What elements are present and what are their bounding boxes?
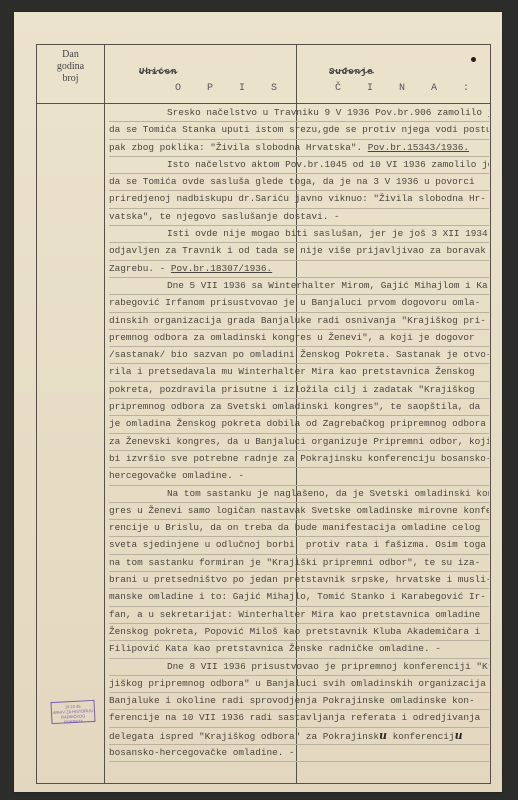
document-page: Dan godina broj Uhićen Suđenje O P I S Č… — [14, 12, 502, 792]
text-line: da se Tomića ovde saslušа glede toga, da… — [109, 174, 489, 191]
header-broj: broj — [37, 73, 104, 85]
text-line: rencije u Brislu, da on treba da bude ma… — [109, 520, 489, 537]
line-text: rabegović Irfanom prisustvovao je u Banj… — [109, 297, 480, 308]
line-text: Isti ovde nije mogao biti saslušan, jer … — [109, 228, 488, 239]
line-text: dinskih organizacija grada Banjaluke rad… — [109, 315, 486, 326]
line-text: jiškog pripremnog odbora" u Banjaluci sv… — [109, 678, 486, 689]
line-text: fan, a u sekretarijat: Winterhalter Mira… — [109, 609, 480, 620]
line-text: Sresko načelstvo u Travniku 9 V 1936 Pov… — [109, 107, 489, 118]
text-line: /sastanak/ bio sazvan po omladini Žensko… — [109, 347, 489, 364]
text-line: fan, a u sekretarijat: Winterhalter Mira… — [109, 607, 489, 624]
text-line: brani u pretsedništvo po jedan pretstavn… — [109, 572, 489, 589]
text-line: Banjaluke i okoline radi sprovodjenja Po… — [109, 693, 489, 710]
text-line: delegata ispred "Krajiškog odbora" za Po… — [109, 728, 489, 745]
text-line: hercegovačke omladine. - — [109, 468, 489, 485]
column-divider-date — [104, 45, 105, 783]
text-line: rabegović Irfanom prisustvovao je u Banj… — [109, 295, 489, 312]
handwritten-correction: u — [455, 729, 463, 742]
line-text: Filipović Kata kao pretstavnica Ženske r… — [109, 643, 441, 654]
line-text: da se Tomića Stanka uputi istom srezu,gd… — [109, 124, 489, 135]
header-arrested-struck: Uhićen — [139, 67, 177, 77]
text-line: za Ženevski kongres, da u Banjaluci orga… — [109, 434, 489, 451]
line-text: Dne 5 VII 1936 sa Winterhalter Mirom, Ga… — [109, 280, 489, 291]
line-text: konferencij — [387, 731, 455, 742]
text-line: na tom sastanku formiran je "Krajiški pr… — [109, 555, 489, 572]
line-text: pokreta, pozdravila prisutne i izložila … — [109, 384, 475, 395]
line-text: pripremnog odbora za Svetski omladinski … — [109, 401, 480, 412]
file-reference: Pov.br.15343/1936. — [368, 142, 469, 153]
text-line: pak zbog poklika: "Živila slobodna Hrvat… — [109, 140, 489, 157]
text-line: dinskih organizacija grada Banjaluke rad… — [109, 313, 489, 330]
text-line: Dne 5 VII 1936 sa Winterhalter Mirom, Ga… — [109, 278, 489, 295]
text-line: manske omladine i to: Gajić Mihajlo, Tom… — [109, 589, 489, 606]
typed-body: Sresko načelstvo u Travniku 9 V 1936 Pov… — [109, 105, 489, 762]
line-text: hercegovačke omladine. - — [109, 470, 244, 481]
text-line: Filipović Kata kao pretstavnica Ženske r… — [109, 641, 489, 658]
line-text: priredjenoj nadbiskupu dr.Sariću javno v… — [109, 193, 486, 204]
text-line: odjavljen za Travnik i od tada se nije v… — [109, 243, 489, 260]
text-line: gres u Ženevi samo logičan nastavak Svet… — [109, 503, 489, 520]
line-text: na tom sastanku formiran je "Krajiški pr… — [109, 557, 480, 568]
line-text: vatska", te njegovo saslušanje dostavi. … — [109, 211, 340, 222]
text-line: Isti ovde nije mogao biti saslušan, jer … — [109, 226, 489, 243]
line-text: /sastanak/ bio sazvan po omladini Žensko… — [109, 349, 489, 360]
text-line: Isto načelstvo aktom Pov.br.1045 od 10 V… — [109, 157, 489, 174]
handwritten-correction: u — [379, 729, 387, 742]
text-line: je omladina Ženskog pokreta dobila od Za… — [109, 416, 489, 433]
archive-stamp: 19 10 45 ARHIV ZA HISTORIJU RADNIČKOG PO… — [50, 700, 95, 724]
text-line: ferencije na 10 VII 1936 radi sastavljan… — [109, 710, 489, 727]
date-column-header: Dan godina broj — [37, 49, 104, 85]
line-text: odjavljen za Travnik i od tada se nije v… — [109, 245, 489, 256]
header-dan: Dan — [37, 49, 104, 61]
line-text: premnog odbora za omladinski kongres u Ž… — [109, 332, 475, 343]
line-text: da se Tomića ovde saslušа glede toga, da… — [109, 176, 475, 187]
text-line: pokreta, pozdravila prisutne i izložila … — [109, 382, 489, 399]
line-text: za Ženevski kongres, da u Banjaluci orga… — [109, 436, 489, 447]
text-line: Na tom sastanku je naglašeno, da je Svet… — [109, 486, 489, 503]
header-trial-struck: Suđenje — [329, 67, 374, 77]
line-text: brani u pretsedništvo po jedan pretstavn… — [109, 574, 489, 585]
text-line: Zagrebu. - Pov.br.18307/1936. — [109, 261, 489, 278]
file-reference: Pov.br.18307/1936. — [171, 263, 272, 274]
text-line: bi izvršio sve potrebne radnje za Pokraj… — [109, 451, 489, 468]
text-line: Dne 8 VII 1936 prisustvovao je pripremno… — [109, 659, 489, 676]
line-text: Banjaluke i okoline radi sprovodjenja Po… — [109, 695, 475, 706]
line-text: sveta sjedinjene u odlučnoj borbi protiv… — [109, 539, 486, 550]
line-text: Dne 8 VII 1936 prisustvovao je pripremno… — [109, 661, 489, 672]
text-line: da se Tomića Stanka uputi istom srezu,gd… — [109, 122, 489, 139]
line-text: bi izvršio sve potrebne radnje za Pokraj… — [109, 453, 489, 464]
line-text: je omladina Ženskog pokreta dobila od Za… — [109, 418, 486, 429]
line-text: gres u Ženevi samo logičan nastavak Svet… — [109, 505, 489, 516]
line-text: manske omladine i to: Gajić Mihajlo, Tom… — [109, 591, 486, 602]
text-line: vatska", te njegovo saslušanje dostavi. … — [109, 209, 489, 226]
punch-hole — [471, 57, 476, 62]
text-line: Sresko načelstvo u Travniku 9 V 1936 Pov… — [109, 105, 489, 122]
text-line: bosansko-hercegovačke omladine. - — [109, 745, 489, 762]
line-text: delegata ispred "Krajiškog odbora" za Po… — [109, 731, 379, 742]
text-line: jiškog pripremnog odbora" u Banjaluci sv… — [109, 676, 489, 693]
text-line: pripremnog odbora za Svetski omladinski … — [109, 399, 489, 416]
text-line: premnog odbora za omladinski kongres u Ž… — [109, 330, 489, 347]
line-text: rila i pretsedavala mu Winterhalter Mira… — [109, 366, 475, 377]
header-divider — [37, 103, 490, 104]
text-line: sveta sjedinjene u odlučnoj borbi protiv… — [109, 537, 489, 554]
line-text: rencije u Brislu, da on treba da bude ma… — [109, 522, 480, 533]
line-text: Ženskog pokreta, Popović Miloš kao prets… — [109, 626, 480, 637]
register-table: Dan godina broj Uhićen Suđenje O P I S Č… — [36, 44, 491, 784]
line-text: bosansko-hercegovačke omladine. - — [109, 747, 295, 758]
header-description-title: O P I S Č I N A : — [175, 83, 479, 94]
header-godina: godina — [37, 61, 104, 73]
line-text: Na tom sastanku je naglašeno, da je Svet… — [109, 488, 489, 499]
line-text: pak zbog poklika: "Živila slobodna Hrvat… — [109, 142, 368, 153]
line-text: Isto načelstvo aktom Pov.br.1045 od 10 V… — [109, 159, 489, 170]
text-line: Ženskog pokreta, Popović Miloš kao prets… — [109, 624, 489, 641]
text-line: priredjenoj nadbiskupu dr.Sariću javno v… — [109, 191, 489, 208]
line-text: Zagrebu. - — [109, 263, 171, 274]
line-text: ferencije na 10 VII 1936 radi sastavljan… — [109, 712, 480, 723]
text-line: rila i pretsedavala mu Winterhalter Mira… — [109, 364, 489, 381]
